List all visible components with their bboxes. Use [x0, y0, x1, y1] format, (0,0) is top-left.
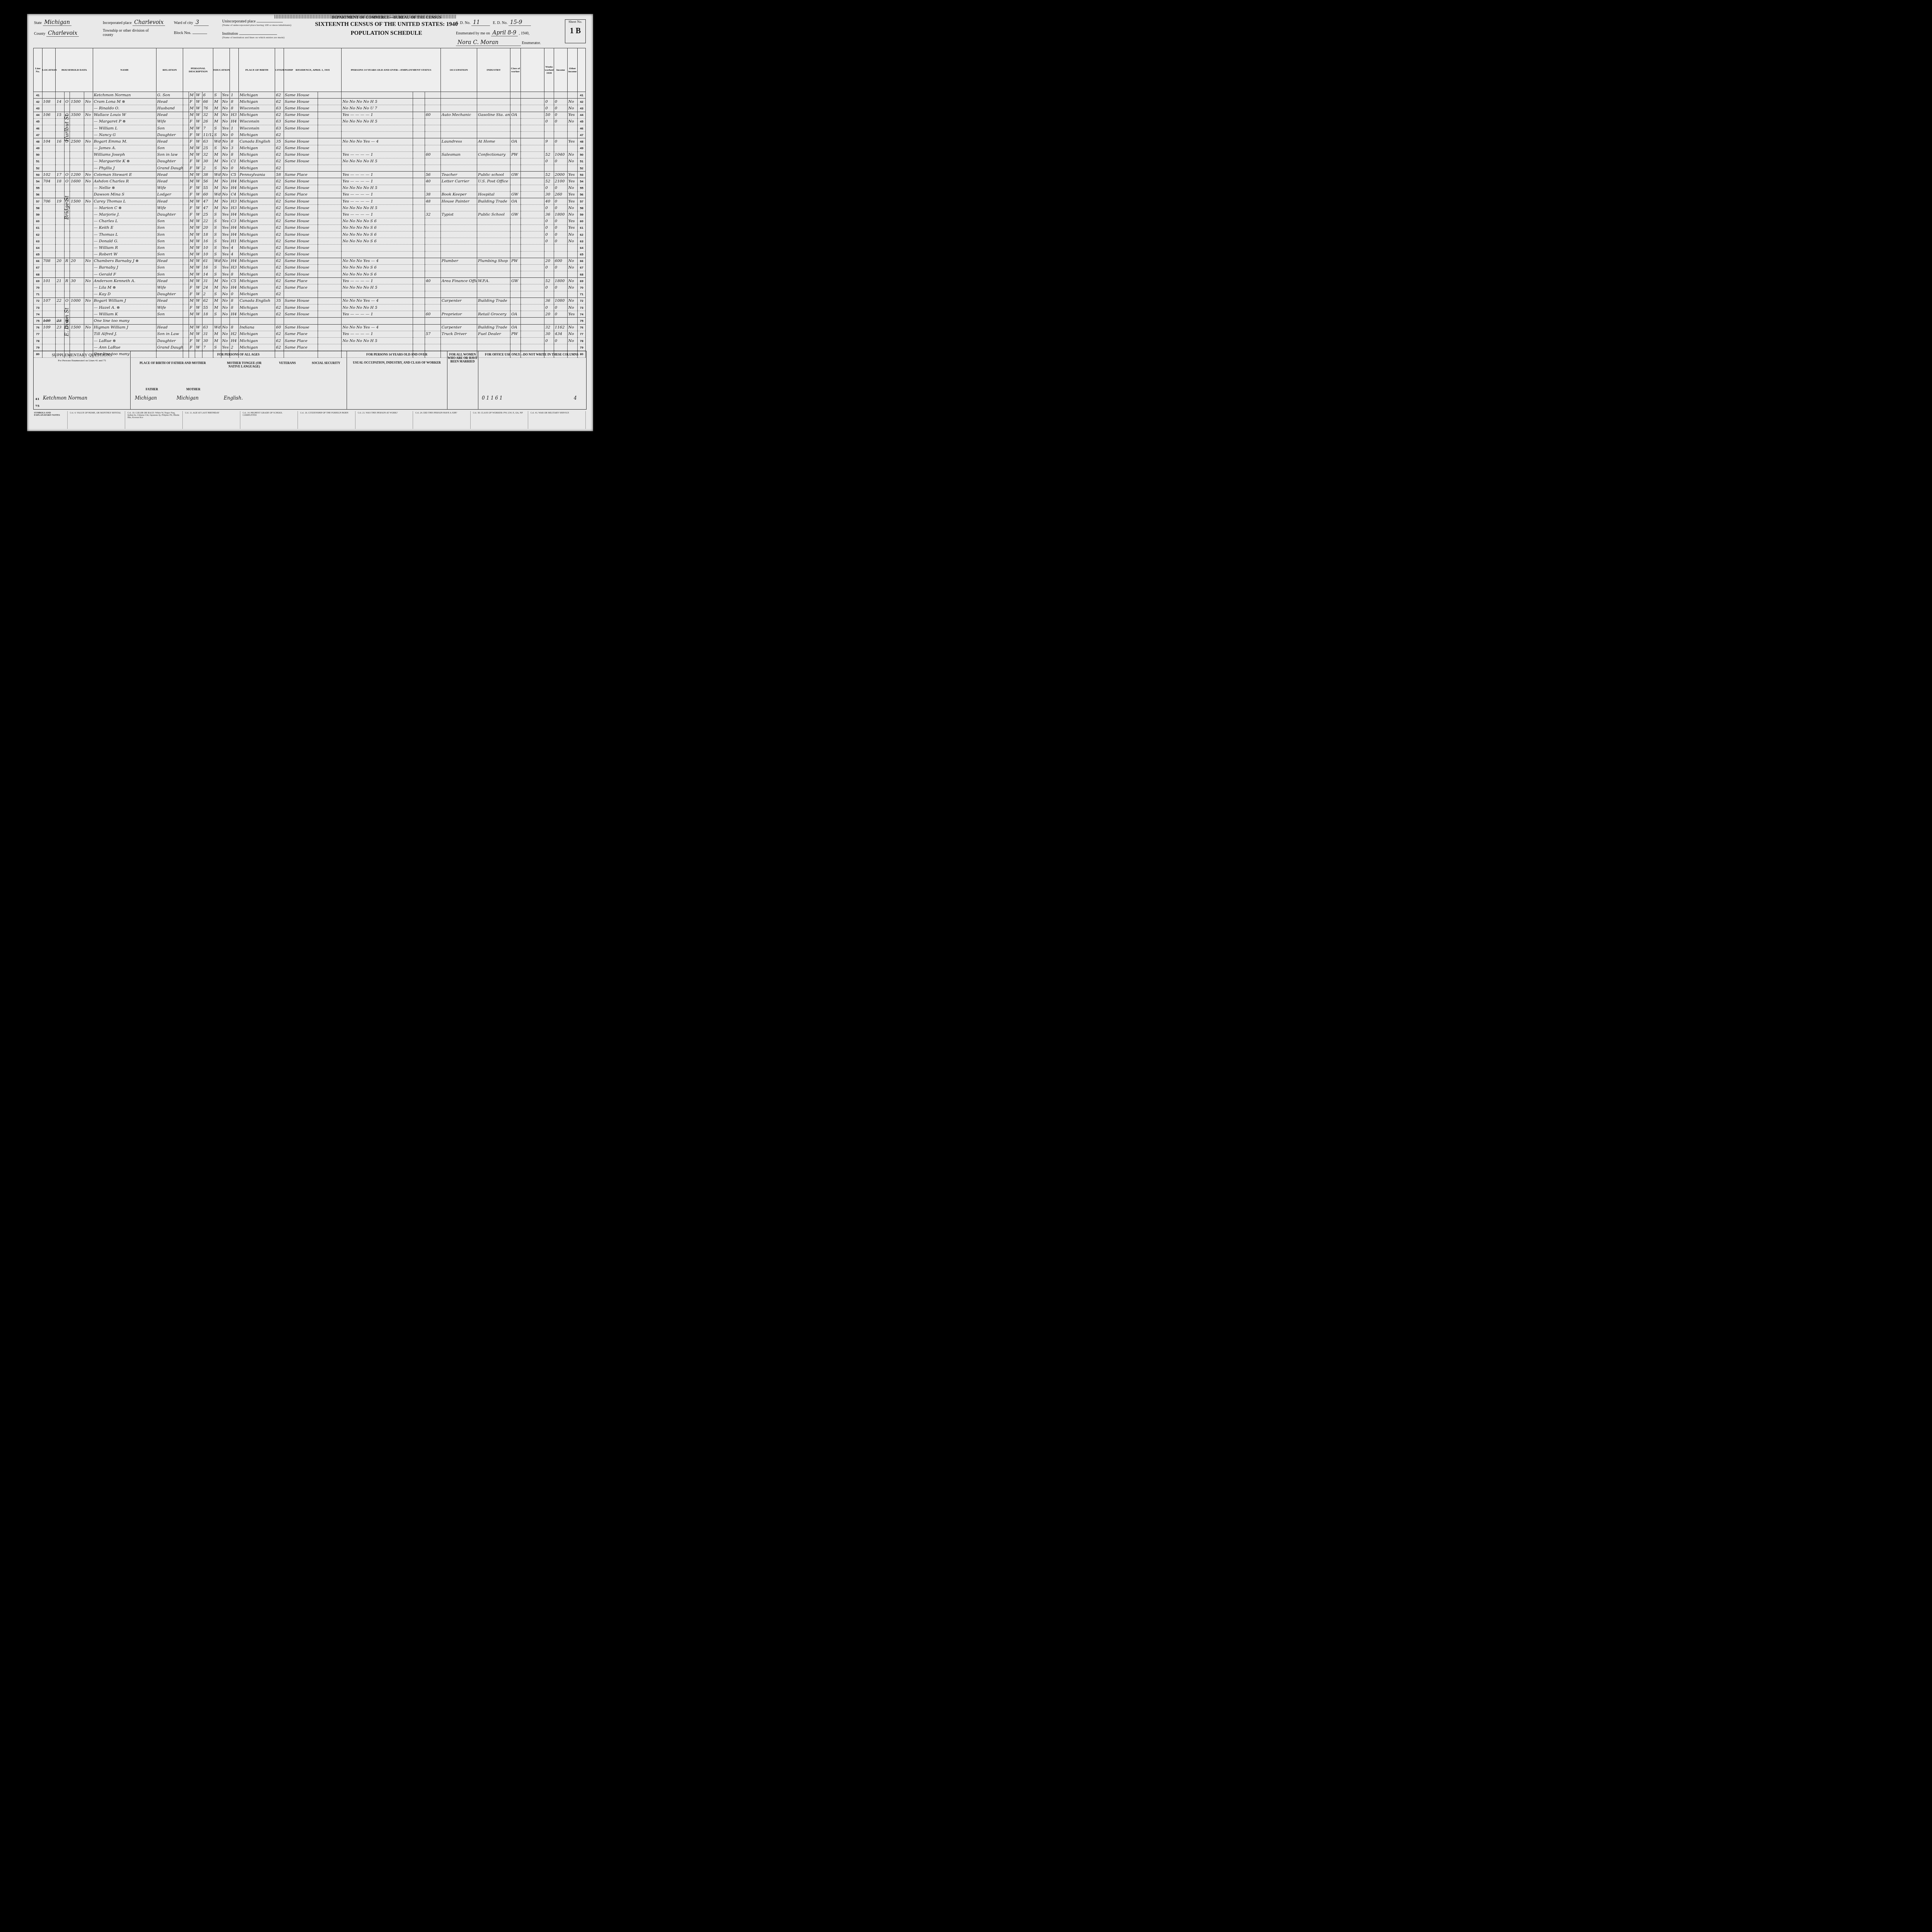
cell-blank: [520, 311, 544, 318]
cell-fam: 15: [56, 112, 65, 118]
cell-name: — Keith E: [93, 224, 156, 231]
cell-ms: M: [213, 118, 221, 125]
cell-age: 11/12: [202, 132, 213, 138]
cell-rel: G. Son: [156, 92, 183, 99]
cell-blank: [413, 172, 425, 178]
cell-inc: [554, 291, 567, 298]
cell-sch: No: [221, 132, 230, 138]
cell-sex: M: [189, 251, 195, 258]
cell-blank: [318, 205, 342, 211]
col-education: EDUCATION: [213, 48, 230, 92]
cell-line: 68: [34, 271, 43, 278]
table-row: 70— Lila M ⊗WifeFW24MNoH4Michigan62Same …: [34, 284, 586, 291]
cell-birth: Michigan: [238, 238, 275, 245]
cell-blank: [318, 304, 342, 311]
cell-wks: 20: [544, 311, 554, 318]
cell-rel: Son: [156, 238, 183, 245]
cell-race: W: [195, 284, 202, 291]
cell-age: 2: [202, 291, 213, 298]
cell-birth: Wisconsin: [238, 118, 275, 125]
cell-w: [342, 318, 413, 324]
cell-name: Dawson Mina S: [93, 191, 156, 198]
cell-hrs: [425, 245, 440, 251]
cell-line: 60: [34, 218, 43, 224]
county-label: County: [34, 32, 45, 36]
cell-wks: 40: [544, 198, 554, 205]
cell-birth: Michigan: [238, 304, 275, 311]
cell-blank: [413, 245, 425, 251]
cell-sex: F: [189, 304, 195, 311]
cell-race: W: [195, 238, 202, 245]
cell-blank: [318, 238, 342, 245]
supp-title: SUPPLEMENTARY QUESTIONS: [34, 351, 130, 357]
cell-line: 50: [34, 151, 43, 158]
cell-grade: H4: [230, 337, 239, 344]
cell-fam: [56, 185, 65, 191]
cell-blank: [520, 105, 544, 112]
cell-inc: 2000: [554, 172, 567, 178]
cell-val: [70, 92, 84, 99]
cell-race: W: [195, 145, 202, 151]
cell-occ: [440, 291, 477, 298]
cell-wks: [544, 318, 554, 324]
cell-inc: 1800: [554, 211, 567, 218]
cell-cit: 62: [275, 291, 284, 298]
cell-blank: [520, 185, 544, 191]
cell-fam: [56, 331, 65, 337]
cell-grade: 8: [230, 99, 239, 105]
cell-inc: 0: [554, 238, 567, 245]
cell-fam: [56, 311, 65, 318]
cell-ms: Wd: [213, 258, 221, 264]
enumerator-line: Nora C. Moran Enumerator.: [456, 39, 583, 46]
cell-line: 59: [34, 211, 43, 218]
cell-blank: [413, 138, 425, 145]
cell-rel: Son: [156, 311, 183, 318]
cell-race: W: [195, 258, 202, 264]
cell-inc: [554, 145, 567, 151]
cell-ms: S: [213, 271, 221, 278]
cell-fam: [56, 337, 65, 344]
cell-res: Same House: [284, 92, 318, 99]
cell-ms: Wd: [213, 138, 221, 145]
cell-sch: No: [221, 178, 230, 185]
cell-fam: [56, 118, 65, 125]
cell-oth: Yes: [567, 218, 578, 224]
cell-house: [42, 218, 56, 224]
cell-cit: 62: [275, 271, 284, 278]
cell-line: 70: [578, 284, 586, 291]
cell-res: Same House: [284, 105, 318, 112]
unincorporated-value: [257, 22, 283, 22]
cell-oth: No: [567, 99, 578, 105]
cell-age: 18: [202, 231, 213, 238]
cell-rel: Wife: [156, 205, 183, 211]
col-occupation: OCCUPATION: [440, 48, 477, 92]
cell-house: 109: [42, 318, 56, 324]
table-row: 67— Barnaby JSonMW16SYesH3Michigan62Same…: [34, 264, 586, 271]
cell-blank: [183, 331, 189, 337]
cell-wks: 30: [544, 331, 554, 337]
cell-grade: 4: [230, 245, 239, 251]
cell-farm: [84, 185, 93, 191]
cell-blank: [413, 324, 425, 331]
cell-age: 16: [202, 238, 213, 245]
cell-fam: 16: [56, 138, 65, 145]
cell-name: — William R: [93, 245, 156, 251]
cell-ind: [477, 165, 510, 172]
cell-w: No No No No S 6: [342, 224, 413, 231]
cell-sch: No: [221, 284, 230, 291]
cell-race: W: [195, 138, 202, 145]
cell-race: [195, 318, 202, 324]
cell-blank: [318, 158, 342, 165]
col-employment: PERSONS 14 YEARS OLD AND OVER—EMPLOYMENT…: [342, 48, 440, 92]
cell-wks: 52: [544, 178, 554, 185]
cell-birth: Michigan: [238, 278, 275, 284]
cell-hrs: [425, 205, 440, 211]
cell-line: 71: [578, 291, 586, 298]
cell-val: [70, 245, 84, 251]
cell-res: Same House: [284, 118, 318, 125]
cell-cit: 62: [275, 178, 284, 185]
cell-line: 61: [578, 224, 586, 231]
cell-blank: [318, 298, 342, 304]
cell-age: 30: [202, 158, 213, 165]
cell-race: W: [195, 125, 202, 131]
cell-oth: No: [567, 298, 578, 304]
cell-name: Cram Lona M ⊗: [93, 99, 156, 105]
state-label: State: [34, 21, 42, 25]
cell-w: Yes — — — — 1: [342, 278, 413, 284]
cell-hrs: [425, 264, 440, 271]
cell-farm: [84, 218, 93, 224]
cell-line: 49: [34, 145, 43, 151]
cell-ind: Plumbing Shop: [477, 258, 510, 264]
cell-sex: F: [189, 205, 195, 211]
cell-inc: 1080: [554, 298, 567, 304]
cell-blank: [318, 99, 342, 105]
cell-sch: No: [221, 151, 230, 158]
cell-cit: 62: [275, 284, 284, 291]
col-citizenship: CITIZENSHIP: [275, 48, 284, 92]
cell-hrs: 57: [425, 331, 440, 337]
supp-birthplace-parents: PLACE OF BIRTH OF FATHER AND MOTHER: [134, 360, 211, 365]
cell-line: 65: [34, 251, 43, 258]
cell-inc: 0: [554, 311, 567, 318]
cell-rel: Head: [156, 112, 183, 118]
cell-line: 44: [578, 112, 586, 118]
cell-hrs: [425, 138, 440, 145]
cell-cit: 62: [275, 311, 284, 318]
cell-grade: H3: [230, 112, 239, 118]
cell-blank: [520, 224, 544, 231]
cell-sex: M: [189, 151, 195, 158]
table-row: 6910121R30NoAnderson Kenneth A.HeadMW31M…: [34, 278, 586, 284]
cell-age: 26: [202, 118, 213, 125]
cell-house: [42, 337, 56, 344]
cell-house: [42, 264, 56, 271]
cell-hrs: [425, 105, 440, 112]
cell-sex: M: [189, 112, 195, 118]
cell-rel: Son: [156, 264, 183, 271]
cell-w: No No No No H 5: [342, 185, 413, 191]
cell-inc: 0: [554, 105, 567, 112]
cell-age: 10: [202, 251, 213, 258]
note: Col. 41. WAR OR MILITARY SERVICE: [530, 411, 586, 429]
ed-value: 15-9: [509, 19, 531, 26]
cell-cit: 62: [275, 191, 284, 198]
form-title-block: DEPARTMENT OF COMMERCE—BUREAU OF THE CEN…: [305, 15, 468, 37]
col-spacer: [230, 48, 239, 92]
cell-occ: Carpenter: [440, 324, 477, 331]
cell-oth: No: [567, 151, 578, 158]
cell-val: 20: [70, 258, 84, 264]
cell-blank: [413, 238, 425, 245]
cell-blank: [318, 284, 342, 291]
cell-w: No No No No H 5: [342, 205, 413, 211]
cell-sch: Yes: [221, 245, 230, 251]
cell-oth: [567, 271, 578, 278]
cell-cls: [510, 251, 521, 258]
cell-blank: [183, 178, 189, 185]
cell-name: Ketchmon Norman: [93, 92, 156, 99]
symbols-label: SYMBOLS AND EXPLANATORY NOTES: [33, 411, 68, 429]
cell-occ: [440, 92, 477, 99]
cell-cit: 62: [275, 337, 284, 344]
cell-house: 706: [42, 198, 56, 205]
cell-house: [42, 145, 56, 151]
cell-res: Same House: [284, 271, 318, 278]
county-field: County Charlevoix: [34, 30, 79, 37]
cell-wks: [544, 271, 554, 278]
cell-val: 1500: [70, 324, 84, 331]
cell-res: Same Place: [284, 331, 318, 337]
cell-grade: C5: [230, 172, 239, 178]
cell-ms: M: [213, 298, 221, 304]
district-numbers: S. D. No. 11 E. D. No. 15-9: [456, 19, 583, 26]
cell-res: Same House: [284, 112, 318, 118]
cell-blank: [183, 99, 189, 105]
note: Col. 21. WAS THIS PERSON AT WORK?: [357, 411, 413, 429]
block-field: Block Nos.: [174, 31, 207, 35]
cell-grade: H4: [230, 211, 239, 218]
cell-val: [70, 205, 84, 211]
cell-cit: 62: [275, 245, 284, 251]
cell-birth: [238, 318, 275, 324]
cell-inc: [554, 271, 567, 278]
cell-hrs: [425, 238, 440, 245]
cell-oth: Yes: [567, 198, 578, 205]
cell-fam: [56, 165, 65, 172]
cell-house: [42, 151, 56, 158]
institution-note: (Name of institution and lines on which …: [222, 36, 284, 39]
cell-wks: 0: [544, 284, 554, 291]
cell-race: W: [195, 337, 202, 344]
cell-age: 55: [202, 185, 213, 191]
cell-line: 62: [34, 231, 43, 238]
cell-ind: [477, 99, 510, 105]
cell-blank: [520, 132, 544, 138]
cell-rel: Son: [156, 224, 183, 231]
cell-hrs: [425, 165, 440, 172]
cell-grade: H4: [230, 185, 239, 191]
cell-grade: H4: [230, 224, 239, 231]
cell-sch: No: [221, 198, 230, 205]
cell-house: 104: [42, 138, 56, 145]
cell-grade: 8: [230, 138, 239, 145]
cell-name: — Marguerite K ⊗: [93, 158, 156, 165]
cell-age: 7: [202, 125, 213, 131]
cell-wks: 9: [544, 138, 554, 145]
cell-name: — Marjorie J.: [93, 211, 156, 218]
cell-house: [42, 251, 56, 258]
cell-ms: M: [213, 105, 221, 112]
cell-res: Same House: [284, 238, 318, 245]
cell-ms: S: [213, 264, 221, 271]
cell-blank: [413, 344, 425, 351]
cell-own: [64, 165, 70, 172]
cell-hrs: [425, 304, 440, 311]
cell-farm: [84, 251, 93, 258]
cell-w: Yes — — — — 1: [342, 172, 413, 178]
cell-blank: [318, 191, 342, 198]
note: Col. 30. CLASS OF WORKER: PW, GW, E, OA,…: [472, 411, 528, 429]
cell-blank: [183, 205, 189, 211]
cell-occ: [440, 337, 477, 344]
cell-blank: [413, 112, 425, 118]
cell-ind: [477, 218, 510, 224]
margin-street-3: E. Dixon St: [64, 308, 70, 336]
cell-line: 66: [578, 258, 586, 264]
cell-blank: [413, 337, 425, 344]
cell-fam: [56, 271, 65, 278]
cell-grade: 8: [230, 105, 239, 112]
supp-over14: FOR PERSONS 14 YEARS OLD AND OVER: [347, 351, 447, 356]
cell-fam: 21: [56, 278, 65, 284]
cell-inc: 260: [554, 191, 567, 198]
cell-oth: Yes: [567, 224, 578, 231]
cell-res: Same House: [284, 178, 318, 185]
supp-entry-office-codes: 0 1 1 6 1: [482, 395, 502, 401]
cell-val: [70, 238, 84, 245]
cell-val: [70, 304, 84, 311]
cell-blank: [520, 231, 544, 238]
cell-res: Same House: [284, 138, 318, 145]
cell-fam: 23: [56, 324, 65, 331]
cell-occ: Auto Mechanic: [440, 112, 477, 118]
cell-sch: No: [221, 191, 230, 198]
cell-grade: H3: [230, 198, 239, 205]
cell-own: [64, 245, 70, 251]
cell-cit: 62: [275, 224, 284, 231]
cell-ms: M: [213, 185, 221, 191]
cell-rel: Head: [156, 298, 183, 304]
cell-wks: [544, 245, 554, 251]
cell-res: Same Place: [284, 284, 318, 291]
margin-street-1: Hurlbut St: [64, 114, 70, 141]
cell-blank: [318, 331, 342, 337]
cell-val: 1000: [70, 298, 84, 304]
census-sheet: State Michigan County Charlevoix Incorpo…: [27, 14, 593, 431]
cell-val: [70, 311, 84, 318]
cell-sch: Yes: [221, 218, 230, 224]
ward-value: 3: [194, 19, 209, 26]
cell-inc: 0: [554, 198, 567, 205]
supp-women-section: FOR ALL WOMEN WHO ARE OR HAVE BEEN MARRI…: [447, 351, 478, 409]
cell-ind: [477, 284, 510, 291]
cell-line: 63: [34, 238, 43, 245]
cell-sex: M: [189, 311, 195, 318]
cell-race: W: [195, 291, 202, 298]
cell-hrs: [425, 92, 440, 99]
cell-val: 1600: [70, 178, 84, 185]
cell-hrs: 60: [425, 112, 440, 118]
cell-race: W: [195, 112, 202, 118]
cell-sex: M: [189, 271, 195, 278]
cell-blank: [318, 318, 342, 324]
cell-rel: Head: [156, 324, 183, 331]
cell-blank: [183, 284, 189, 291]
cell-cls: [510, 185, 521, 191]
cell-grade: 0: [230, 132, 239, 138]
cell-line: 47: [34, 132, 43, 138]
cell-res: [284, 165, 318, 172]
cell-line: 55: [34, 185, 43, 191]
cell-cit: 62: [275, 132, 284, 138]
unincorporated-note: (Name of unincorporated place having 100…: [222, 24, 291, 27]
cell-name: Chambers Barnaby J ⊗: [93, 258, 156, 264]
cell-w: No No No No H 5: [342, 304, 413, 311]
cell-race: W: [195, 311, 202, 318]
cell-cls: [510, 118, 521, 125]
cell-oth: No: [567, 105, 578, 112]
cell-name: — Thomas L: [93, 231, 156, 238]
cell-blank: [413, 178, 425, 185]
cell-blank: [318, 125, 342, 131]
cell-cls: OA: [510, 198, 521, 205]
cell-rel: Wife: [156, 185, 183, 191]
cell-inc: [554, 344, 567, 351]
cell-w: No No No No H 5: [342, 284, 413, 291]
cell-hrs: 56: [425, 172, 440, 178]
cell-cls: [510, 125, 521, 131]
cell-sch: [221, 318, 230, 324]
cell-cls: [510, 205, 521, 211]
cell-fam: [56, 105, 65, 112]
cell-cls: OA: [510, 311, 521, 318]
cell-race: W: [195, 211, 202, 218]
cell-res: [284, 318, 318, 324]
cell-house: [42, 311, 56, 318]
cell-occ: Proprietor: [440, 311, 477, 318]
cell-val: [70, 331, 84, 337]
cell-blank: [318, 337, 342, 344]
cell-birth: Michigan: [238, 205, 275, 211]
cell-line: 79: [578, 344, 586, 351]
cell-birth: Michigan: [238, 185, 275, 191]
cell-cls: [510, 284, 521, 291]
cell-name: — William K: [93, 311, 156, 318]
cell-ms: M: [213, 278, 221, 284]
cell-blank: [413, 311, 425, 318]
cell-farm: [84, 125, 93, 131]
cell-blank: [183, 324, 189, 331]
cell-age: 47: [202, 198, 213, 205]
cell-cls: [510, 178, 521, 185]
cell-rel: Head: [156, 172, 183, 178]
district-info: S. D. No. 11 E. D. No. 15-9 Enumerated b…: [456, 19, 583, 46]
